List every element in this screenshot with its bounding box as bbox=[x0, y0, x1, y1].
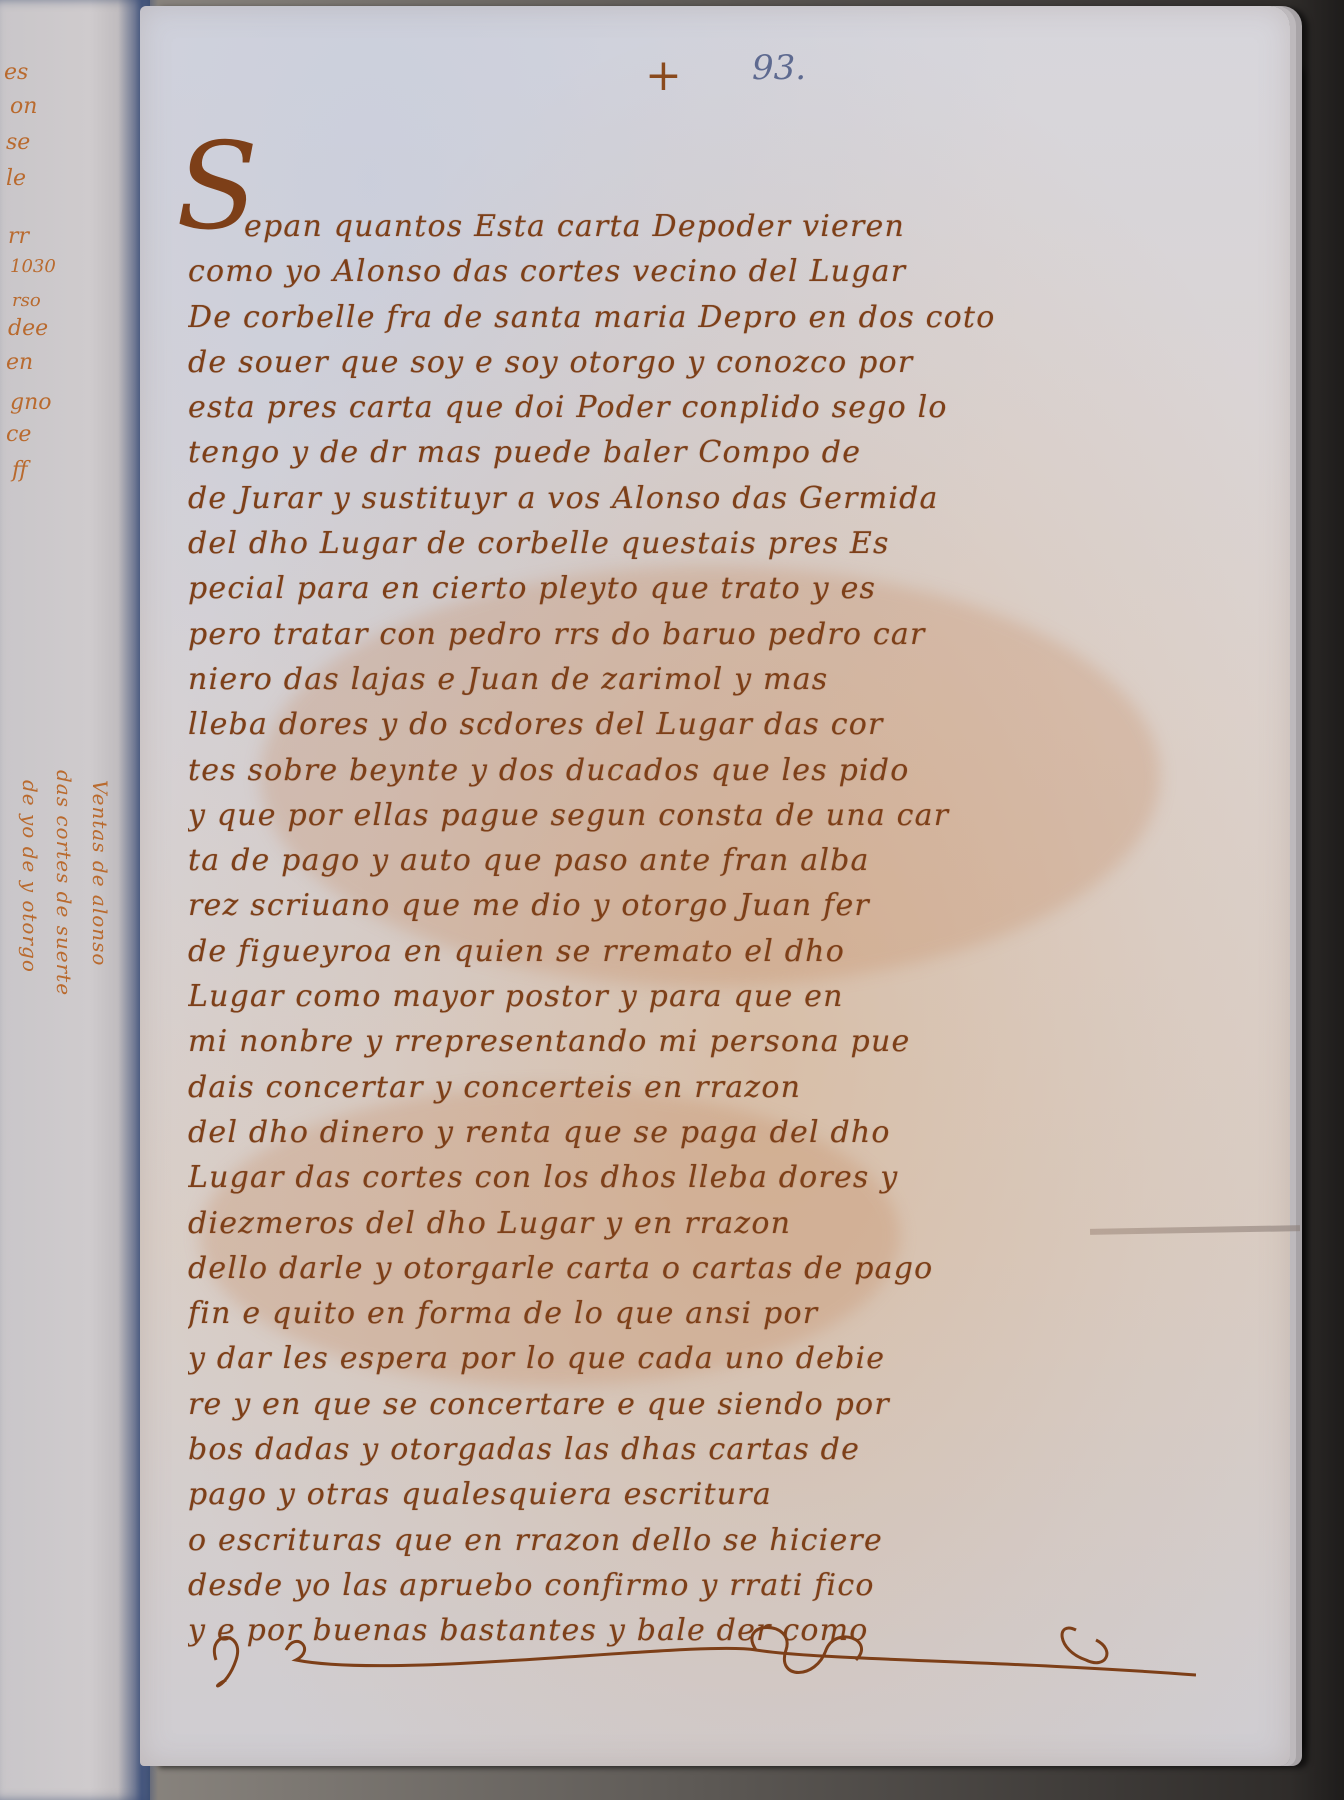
notary-rubric-flourish bbox=[196, 1620, 1196, 1700]
text-line: desde yo las apruebo confirmo y rrati fi… bbox=[188, 1563, 1128, 1608]
left-margin-fragment: 1030 bbox=[10, 258, 56, 276]
text-line: tes sobre beynte y dos ducados que les p… bbox=[188, 748, 1128, 793]
text-line: mi nonbre y rrepresentando mi persona pu… bbox=[188, 1019, 1128, 1064]
left-margin-fragment: ce bbox=[6, 424, 31, 446]
text-line: tengo y de dr mas puede baler Compo de bbox=[188, 430, 1128, 475]
text-line: del dho dinero y renta que se paga del d… bbox=[188, 1110, 1128, 1155]
left-margin-fragment: dee bbox=[8, 318, 48, 340]
left-margin-fragment: rso bbox=[12, 292, 41, 310]
text-line: ta de pago y auto que paso ante fran alb… bbox=[188, 838, 1128, 883]
text-line: de souer que soy e soy otorgo y conozco … bbox=[188, 340, 1128, 385]
left-margin-fragment: le bbox=[6, 168, 26, 190]
text-line: o escrituras que en rrazon dello se hici… bbox=[188, 1518, 1128, 1563]
manuscript-text: epan quantos Esta carta Depoder vieren c… bbox=[188, 204, 1128, 1654]
text-line: dello darle y otorgarle carta o cartas d… bbox=[188, 1246, 1128, 1291]
left-margin-vertical-note: Ventas de alonso bbox=[90, 780, 110, 966]
left-margin-fragment: en bbox=[6, 352, 33, 374]
left-margin-fragment: on bbox=[10, 96, 37, 118]
text-line: pago y otras qualesquiera escritura bbox=[188, 1472, 1128, 1517]
text-line: del dho Lugar de corbelle questais pres … bbox=[188, 521, 1128, 566]
text-line: dais concertar y concerteis en rrazon bbox=[188, 1065, 1128, 1110]
text-line: fin e quito en forma de lo que ansi por bbox=[188, 1291, 1128, 1336]
left-margin-fragment: es bbox=[4, 62, 28, 84]
left-margin-vertical-note: de yo de y otorgo bbox=[20, 780, 40, 973]
text-line: y dar les espera por lo que cada uno deb… bbox=[188, 1336, 1128, 1381]
text-line: de Jurar y sustituyr a vos Alonso das Ge… bbox=[188, 476, 1128, 521]
text-line: de figueyroa en quien se rremato el dho bbox=[188, 929, 1128, 974]
left-margin-fragment: rr bbox=[8, 226, 29, 248]
text-line: como yo Alonso das cortes vecino del Lug… bbox=[188, 249, 1128, 294]
text-line: pero tratar con pedro rrs do baruo pedro… bbox=[188, 612, 1128, 657]
text-line: niero das lajas e Juan de zarimol y mas bbox=[188, 657, 1128, 702]
text-line: diezmeros del dho Lugar y en rrazon bbox=[188, 1201, 1128, 1246]
folio-number: 93. bbox=[752, 48, 806, 88]
left-margin-fragment: gno bbox=[10, 392, 52, 414]
text-line: De corbelle fra de santa maria Depro en … bbox=[188, 295, 1128, 340]
text-line: y que por ellas pague segun consta de un… bbox=[188, 793, 1128, 838]
text-line: esta pres carta que doi Poder conplido s… bbox=[188, 385, 1128, 430]
text-line: lleba dores y do scdores del Lugar das c… bbox=[188, 702, 1128, 747]
left-margin-vertical-note: das cortes de suerte bbox=[54, 770, 74, 996]
text-line: Lugar como mayor postor y para que en bbox=[188, 974, 1128, 1019]
text-line: epan quantos Esta carta Depoder vieren bbox=[188, 204, 1128, 249]
text-line: rez scriuano que me dio y otorgo Juan fe… bbox=[188, 883, 1128, 928]
folio-cross-mark: + bbox=[645, 50, 682, 101]
left-margin-fragment: ff bbox=[12, 460, 28, 482]
left-margin-fragment: se bbox=[6, 132, 30, 154]
text-line: re y en que se concertare e que siendo p… bbox=[188, 1382, 1128, 1427]
text-line: pecial para en cierto pleyto que trato y… bbox=[188, 566, 1128, 611]
text-line: bos dadas y otorgadas las dhas cartas de bbox=[188, 1427, 1128, 1472]
text-line: Lugar das cortes con los dhos lleba dore… bbox=[188, 1155, 1128, 1200]
